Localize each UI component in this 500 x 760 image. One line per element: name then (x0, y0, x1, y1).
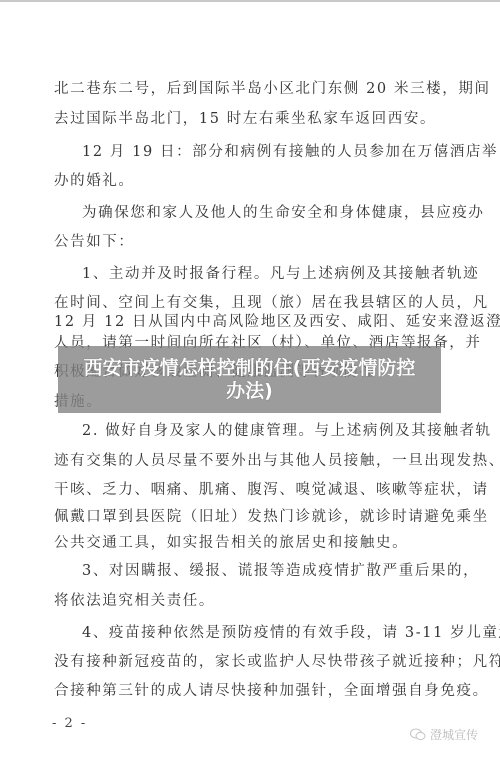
body-line: 3、对因瞒报、缓报、谎报等造成疫情扩散严重后果的， (82, 562, 477, 580)
overlay-title: 西安市疫情怎样控制的住(西安疫情防控办法) (75, 357, 425, 403)
body-line: 去过国际半岛北门，15 时左右乘坐私家车返回西安。 (54, 110, 449, 128)
body-line: 12 月 12 日从国内中高风险地区及西安、咸阳、延安来澄返澄 (54, 313, 449, 331)
body-line: 佩戴口罩到县医院（旧址）发热门诊就诊，就诊时请避免乘坐 (54, 508, 449, 526)
body-line: 12 月 19 日：部分和病例有接触的人员参加在万僖酒店举 (82, 143, 477, 161)
body-line: 没有接种新冠疫苗的，家长或监护人尽快带孩子就近接种；凡符 (54, 653, 449, 671)
body-line: 干咳、乏力、咽痛、肌痛、腹泻、嗅觉减退、咳嗽等症状，请 (54, 481, 449, 499)
body-line: 北二巷东二号，后到国际半岛小区北门东侧 20 米三楼，期间 (54, 80, 449, 98)
body-line: 公共交通工具，如实报告相关的旅居史和接触史。 (54, 534, 449, 552)
body-line: 为确保您和家人及他人的生命安全和身体健康，县应疫办 (82, 204, 477, 222)
page-number: - 2 - (52, 716, 87, 731)
watermark-label: 澄城宣传 (430, 726, 478, 743)
body-line: 合接种第三针的成人请尽快接种加强针，全面增强自身免疫。 (54, 682, 449, 700)
body-line: 在时间、空间上有交集，且现（旅）居在我县辖区的人员，凡 (54, 294, 449, 312)
title-overlay-banner: 西安市疫情怎样控制的住(西安疫情防控办法) (58, 346, 441, 413)
body-line: 将依法追究相关责任。 (54, 592, 449, 610)
body-line: 迹有交集的人员尽量不要外出与其他人员接触，一旦出现发热、 (54, 452, 449, 470)
watermark: 澄城宣传 (410, 726, 478, 743)
wechat-icon (410, 728, 426, 741)
body-line: 办的婚礼。 (54, 172, 449, 190)
body-line: 公告如下： (54, 233, 449, 251)
body-line: 4、疫苗接种依然是预防疫情的有效手段，请 3-11 岁儿童还 (82, 624, 477, 642)
body-line: 2. 做好自身及家人的健康管理。与上述病例及其接触者轨 (82, 422, 477, 440)
body-line: 1、主动并及时报备行程。凡与上述病例及其接触者轨迹 (82, 265, 477, 283)
